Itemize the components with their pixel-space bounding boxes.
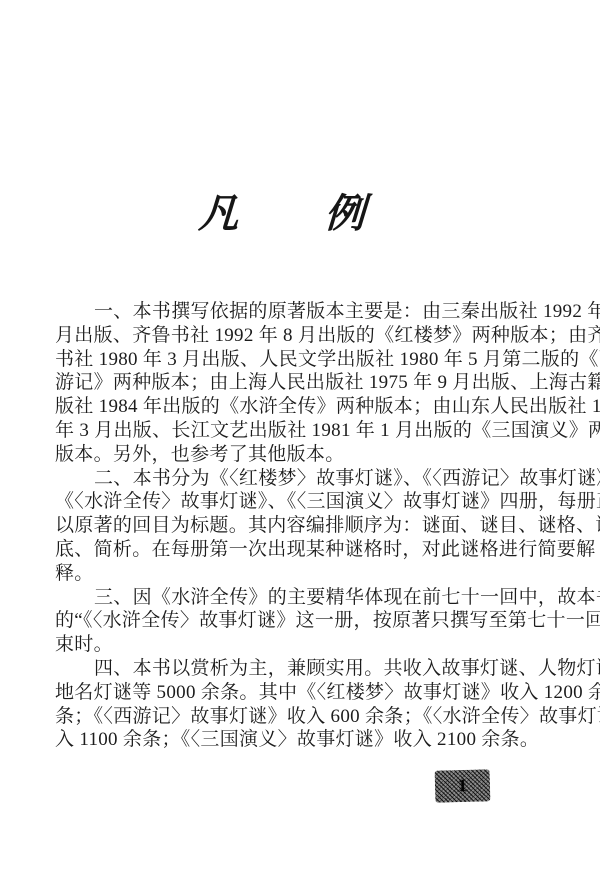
book-page: 凡 例 一、本书撰写依据的原著版本主要是：由三秦出版社 1992 年 4月出版、… <box>0 0 600 876</box>
text-line: 底、简析。在每册第一次出现某种谜格时，对此谜格进行简要解 <box>55 538 548 562</box>
ink-smudge: 1 <box>435 769 491 802</box>
text-line: 条；《〈西游记〉故事灯谜》收入 600 余条；《〈水浒全传〉故事灯谜》收 <box>55 705 548 729</box>
text-line: 一、本书撰写依据的原著版本主要是：由三秦出版社 1992 年 4 <box>55 300 548 324</box>
text-line: 入 1100 余条；《〈三国演义〉故事灯谜》收入 2100 余条。 <box>55 728 548 752</box>
text-line: 游记》两种版本；由上海人民出版社 1975 年 9 月出版、上海古籍出 <box>55 371 548 395</box>
text-line: 《〈水浒全传〉故事灯谜》、《〈三国演义〉故事灯谜》四册，每册正文均 <box>55 490 548 514</box>
text-line: 释。 <box>55 562 548 586</box>
text-line: 月出版、齐鲁书社 1992 年 8 月出版的《红楼梦》两种版本；由齐鲁 <box>55 324 548 348</box>
text-line: 书社 1980 年 3 月出版、人民文学出版社 1980 年 5 月第二版的《西 <box>55 348 548 372</box>
text-line: 二、本书分为《〈红楼梦〉故事灯谜》、《〈西游记〉故事灯谜》、 <box>55 467 548 491</box>
text-line: 以原著的回目为标题。其内容编排顺序为：谜面、谜目、谜格、谜 <box>55 514 548 538</box>
text-line: 的“《〈水浒全传〉故事灯谜》这一册，按原著只撰写至第七十一回结 <box>55 609 548 633</box>
text-line: 地名灯谜等 5000 余条。其中《〈红楼梦〉故事灯谜》收入 1200 余 <box>55 681 548 705</box>
body-text: 一、本书撰写依据的原著版本主要是：由三秦出版社 1992 年 4月出版、齐鲁书社… <box>55 300 548 752</box>
page-number: 1 <box>458 776 467 796</box>
text-line: 版本。另外，也参考了其他版本。 <box>55 443 548 467</box>
page-title: 凡 例 <box>0 182 567 239</box>
text-line: 版社 1984 年出版的《水浒全传》两种版本；由山东人民出版社 1980 <box>55 395 548 419</box>
text-line: 三、因《水浒全传》的主要精华体现在前七十一回中，故本书中 <box>55 586 548 610</box>
text-line: 年 3 月出版、长江文艺出版社 1981 年 1 月出版的《三国演义》两种 <box>55 419 548 443</box>
text-line: 四、本书以赏析为主，兼顾实用。共收入故事灯谜、人物灯谜、 <box>55 657 548 681</box>
text-line: 束时。 <box>55 633 548 657</box>
